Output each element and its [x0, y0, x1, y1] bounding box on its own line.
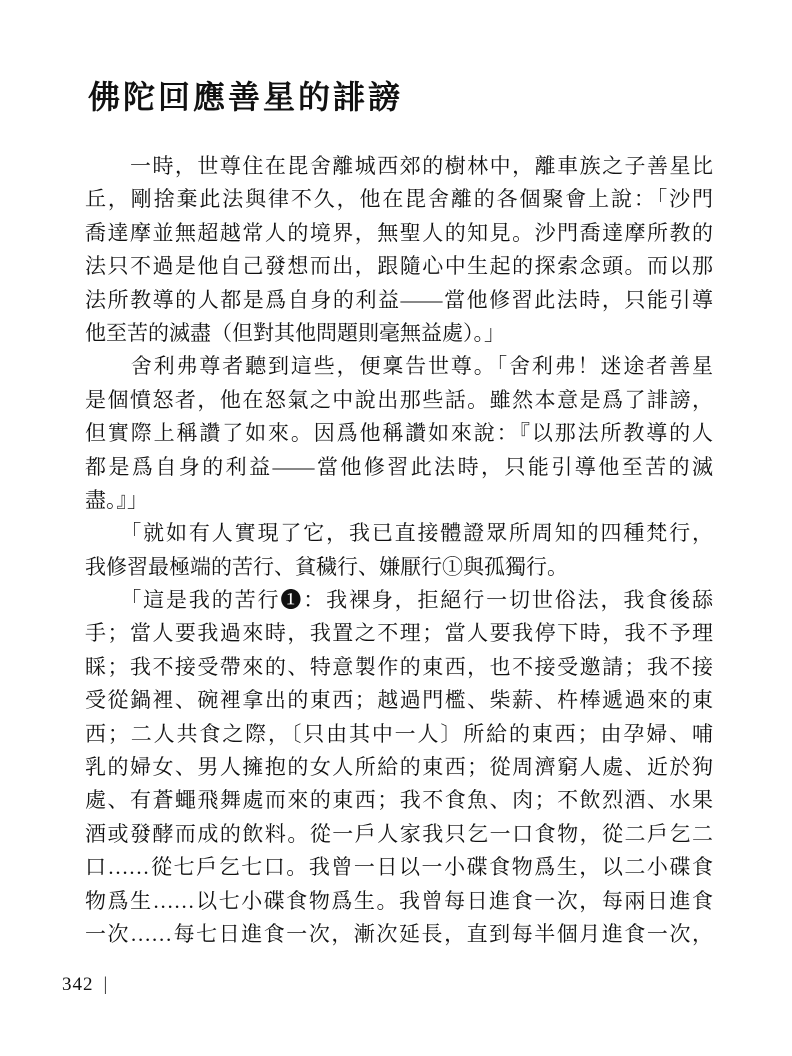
page-footer: 342| [62, 974, 108, 996]
text-line: 處、有蒼蠅飛舞處而來的東西；我不食魚、肉；不飲烈酒、水果 [85, 784, 713, 817]
text-line: 睬；我不接受帶來的、特意製作的東西，也不接受邀請；我不接 [85, 651, 713, 684]
text-line: 口……從七戶乞七口。我曾一日以一小碟食物爲生，以二小碟食 [85, 851, 713, 884]
chapter-title: 佛陀回應善星的誹謗 [88, 72, 403, 118]
text-line: 「這是我的苦行❶：我裸身，拒絕行一切世俗法，我食後舔 [85, 584, 713, 617]
text-line: 都是爲自身的利益——當他修習此法時，只能引導他至苦的滅 [85, 451, 713, 484]
text-line: 丘，剛捨棄此法與律不久，他在毘舍離的各個聚會上說：「沙門 [85, 183, 713, 216]
page-number: 342 [62, 974, 94, 995]
text-line: 他至苦的滅盡（但對其他問題則毫無益處）。」 [85, 317, 713, 350]
text-line: 法所教導的人都是爲自身的利益——當他修習此法時，只能引導 [85, 284, 713, 317]
text-line: 喬達摩並無超越常人的境界，無聖人的知見。沙門喬達摩所教的 [85, 217, 713, 250]
book-page: 佛陀回應善星的誹謗 一時，世尊住在毘舍離城西郊的樹林中，離車族之子善星比丘，剛捨… [0, 0, 792, 1056]
text-line: 我修習最極端的苦行、貧穢行、嫌厭行①與孤獨行。 [85, 551, 713, 584]
text-line: 舍利弗尊者聽到這些，便稟告世尊。「舍利弗！迷途者善星 [85, 350, 713, 383]
text-line: 乳的婦女、男人擁抱的女人所給的東西；從周濟窮人處、近於狗 [85, 751, 713, 784]
text-line: 酒或發酵而成的飲料。從一戶人家我只乞一口食物，從二戶乞二 [85, 818, 713, 851]
text-line: 一時，世尊住在毘舍離城西郊的樹林中，離車族之子善星比 [85, 150, 713, 183]
text-line: 物爲生……以七小碟食物爲生。我曾每日進食一次，每兩日進食 [85, 885, 713, 918]
text-line: 是個憤怒者，他在怒氣之中說出那些話。雖然本意是爲了誹謗， [85, 384, 713, 417]
text-line: 盡。』」 [85, 484, 713, 517]
text-line: 法只不過是他自己發想而出，跟隨心中生起的探索念頭。而以那 [85, 250, 713, 283]
text-line: 一次……每七日進食一次，漸次延長，直到每半個月進食一次， [85, 918, 713, 951]
body-text: 一時，世尊住在毘舍離城西郊的樹林中，離車族之子善星比丘，剛捨棄此法與律不久，他在… [85, 150, 713, 951]
text-line: 但實際上稱讚了如來。因爲他稱讚如來說：『以那法所教導的人 [85, 417, 713, 450]
text-line: 受從鍋裡、碗裡拿出的東西；越過門檻、柴薪、杵棒遞過來的東 [85, 684, 713, 717]
text-line: 西；二人共食之際，〔只由其中一人〕所給的東西；由孕婦、哺 [85, 718, 713, 751]
page-number-separator: | [104, 974, 109, 996]
text-line: 手；當人要我過來時，我置之不理；當人要我停下時，我不予理 [85, 617, 713, 650]
text-line: 「就如有人實現了它，我已直接體證眾所周知的四種梵行， [85, 517, 713, 550]
